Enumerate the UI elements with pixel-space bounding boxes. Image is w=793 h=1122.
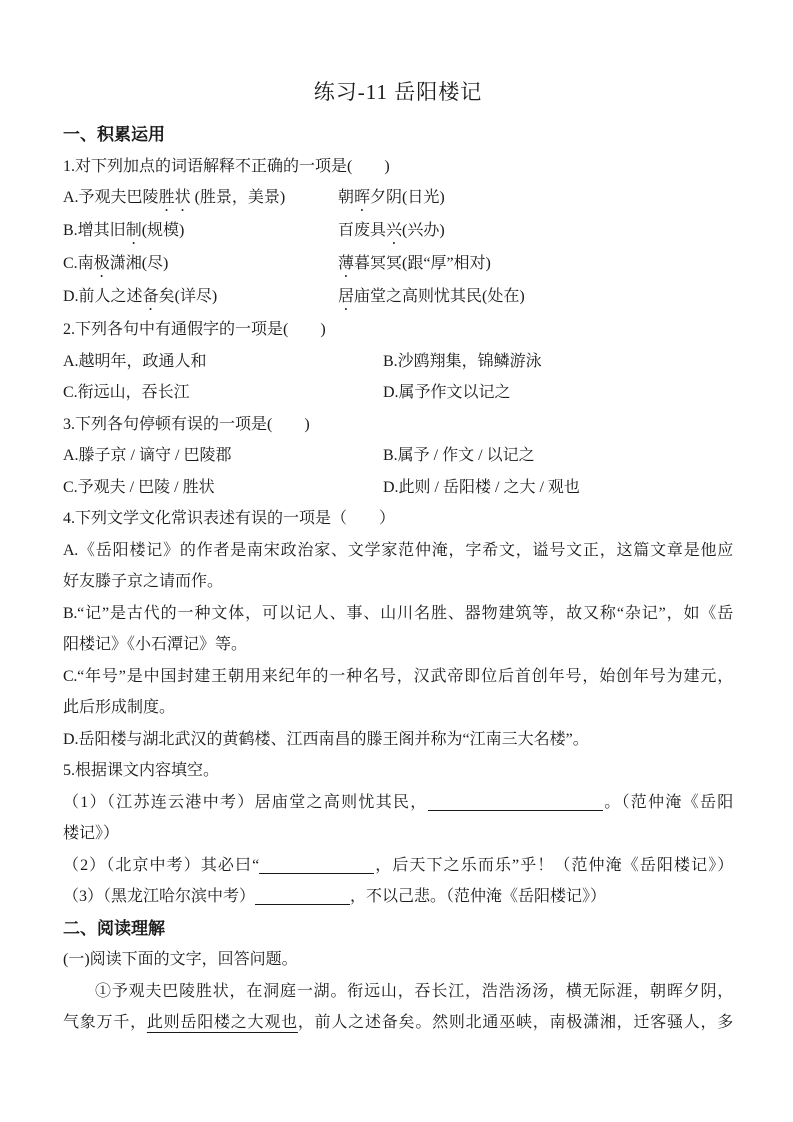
section-1-heading: 一、积累运用 (63, 119, 733, 151)
q3-option-row-ab: A.滕子京 / 谪守 / 巴陵郡B.属予 / 作文 / 以记之 (63, 440, 733, 472)
q1-d-text: D.前人之述 (63, 288, 143, 305)
section-2-heading: 二、阅读理解 (63, 913, 733, 945)
passage-line-2-rest: ，前人之述备矣。然则北通巫峡，南极潇湘，迁客骚人，多 (298, 1014, 733, 1031)
q5-fill-1-line2: 楼记》） (63, 818, 733, 850)
q1-option-row-d: D.前人之述备矣(详尽)居庙堂之高则忧其民(处在) (63, 281, 733, 314)
q1-c-right-phrase: 薄暮冥冥(跟“厚”相对) (338, 248, 491, 281)
q1-a-right-phrase: 朝晖夕阴(日光) (338, 182, 445, 215)
passage-underlined-phrase: 此则岳阳楼之大观也 (147, 1014, 298, 1031)
q1-a-right-text: 朝 (338, 189, 354, 206)
question-5-stem: 5.根据课文内容填空。 (63, 755, 733, 787)
q1-d-right-gloss: 庙堂之高则忧其民(处在) (354, 288, 525, 305)
q2-option-c: C.衔远山，吞长江 (63, 377, 383, 409)
q4-option-a-line2: 好友滕子京之请而作。 (63, 566, 733, 598)
q1-b-right-dotted-word: 兴 (386, 222, 402, 239)
q1-b-gloss: (规模) (142, 222, 185, 239)
question-1-stem: 1.对下列加点的词语解释不正确的一项是( ) (63, 151, 733, 183)
passage-line-1: ①予观夫巴陵胜状，在洞庭一湖。衔远山，吞长江，浩浩汤汤，横无际涯，朝晖夕阴， (63, 976, 733, 1008)
fill-blank-1 (428, 793, 603, 811)
passage-line-2: 气象万千，此则岳阳楼之大观也，前人之述备矣。然则北通巫峡，南极潇湘，迁客骚人，多 (63, 1007, 733, 1039)
q1-d-gloss: 矣(详尽) (159, 288, 218, 305)
q1-c-gloss: 潇湘(尽) (110, 255, 169, 272)
q4-option-b-line1: B.“记”是古代的一种文体，可以记人、事、山川名胜、器物建筑等，故又称“杂记”，… (63, 598, 733, 630)
q5-fill-3-source: ，不以己悲。（范仲淹《岳阳楼记》） (350, 888, 606, 905)
q5-fill-3-line: （3）（黑龙江哈尔滨中考），不以己悲。（范仲淹《岳阳楼记》） (63, 881, 733, 913)
q1-d-dotted-word: 备 (143, 288, 159, 305)
q1-b-right-gloss: (兴办) (402, 222, 445, 239)
document-title: 练习-11 岳阳楼记 (63, 77, 733, 107)
q4-option-a-line1: A.《岳阳楼记》的作者是南宋政治家、文学家范仲淹，字希文，谥号文正，这篇文章是他… (63, 535, 733, 567)
q2-option-b: B.沙鸥翔集，锦鳞游泳 (383, 346, 542, 378)
q4-option-d: D.岳阳楼与湖北武汉的黄鹤楼、江西南昌的滕王阁并称为“江南三大名楼”。 (63, 724, 733, 756)
q3-option-a: A.滕子京 / 谪守 / 巴陵郡 (63, 440, 383, 472)
q1-a-text: A.予观夫巴陵 (63, 189, 159, 206)
question-2-stem: 2.下列各句中有通假字的一项是( ) (63, 314, 733, 346)
q1-d-right-phrase: 居庙堂之高则忧其民(处在) (338, 281, 525, 314)
q1-option-d: D.前人之述备矣(详尽) (63, 281, 338, 314)
q1-c-right-dotted-word: 薄 (338, 255, 354, 272)
q1-c-right-gloss: 暮冥冥(跟“厚”相对) (354, 255, 491, 272)
q1-option-row-c: C.南极潇湘(尽)薄暮冥冥(跟“厚”相对) (63, 248, 733, 281)
q3-option-c: C.予观夫 / 巴陵 / 胜状 (63, 472, 383, 504)
q3-option-d: D.此则 / 岳阳楼 / 之大 / 观也 (383, 472, 580, 504)
q1-c-text: C.南 (63, 255, 94, 272)
q5-fill-2-text: （2）（北京中考）其必曰“ (63, 857, 259, 874)
q1-b-right-phrase: 百废具兴(兴办) (338, 215, 445, 248)
q5-fill-1-text: （1）（江苏连云港中考）居庙堂之高则忧其民， (63, 794, 428, 811)
q5-fill-1-source: 。（范仲淹《岳阳 (603, 794, 733, 811)
q2-option-row-ab: A.越明年，政通人和B.沙鸥翔集，锦鳞游泳 (63, 346, 733, 378)
q1-option-row-b: B.增其旧制(规模)百废具兴(兴办) (63, 215, 733, 248)
document-page: 练习-11 岳阳楼记 一、积累运用 1.对下列加点的词语解释不正确的一项是( )… (0, 0, 793, 1122)
q5-fill-2-source: ，后天下之乐而乐”乎！（范仲淹《岳阳楼记》） (374, 857, 733, 874)
q2-option-d: D.属予作文以记之 (383, 377, 511, 409)
q1-a-right-gloss: 夕阴(日光) (370, 189, 445, 206)
q1-option-c: C.南极潇湘(尽) (63, 248, 338, 281)
q4-option-b-line2: 阳楼记》《小石潭记》等。 (63, 629, 733, 661)
q1-option-row-a: A.予观夫巴陵胜状 (胜景，美景)朝晖夕阴(日光) (63, 182, 733, 215)
q1-option-b: B.增其旧制(规模) (63, 215, 338, 248)
fill-blank-3 (255, 887, 350, 905)
q5-fill-1-line1: （1）（江苏连云港中考）居庙堂之高则忧其民，。（范仲淹《岳阳 (63, 787, 733, 819)
q2-option-a: A.越明年，政通人和 (63, 346, 383, 378)
reading-intro: (一)阅读下面的文字，回答问题。 (63, 944, 733, 976)
q5-fill-2-line: （2）（北京中考）其必曰“，后天下之乐而乐”乎！（范仲淹《岳阳楼记》） (63, 850, 733, 882)
q3-option-row-cd: C.予观夫 / 巴陵 / 胜状D.此则 / 岳阳楼 / 之大 / 观也 (63, 472, 733, 504)
q1-option-a: A.予观夫巴陵胜状 (胜景，美景) (63, 182, 338, 215)
q2-option-row-cd: C.衔远山，吞长江D.属予作文以记之 (63, 377, 733, 409)
q4-option-c-line2: 此后形成制度。 (63, 692, 733, 724)
q1-b-text: B.增其旧 (63, 222, 126, 239)
q1-b-right-text: 百废具 (338, 222, 386, 239)
q1-a-dotted-word: 胜状 (159, 189, 191, 206)
q3-option-b: B.属予 / 作文 / 以记之 (383, 440, 535, 472)
question-3-stem: 3.下列各句停顿有误的一项是( ) (63, 409, 733, 441)
q1-d-right-dotted-word: 居 (338, 288, 354, 305)
q5-fill-3-text: （3）（黑龙江哈尔滨中考） (63, 888, 255, 905)
q4-option-c-line1: C.“年号”是中国封建王朝用来纪年的一种名号，汉武帝即位后首创年号，始创年号为建… (63, 661, 733, 693)
q1-a-gloss: (胜景，美景) (191, 189, 286, 206)
question-4-stem: 4.下列文学文化常识表述有误的一项是（ ） (63, 503, 733, 535)
q1-c-dotted-word: 极 (94, 255, 110, 272)
passage-line-2-text: 气象万千， (63, 1014, 147, 1031)
fill-blank-2 (259, 856, 374, 874)
q1-a-right-dotted-word: 晖 (354, 189, 370, 206)
q1-b-dotted-word: 制 (126, 222, 142, 239)
